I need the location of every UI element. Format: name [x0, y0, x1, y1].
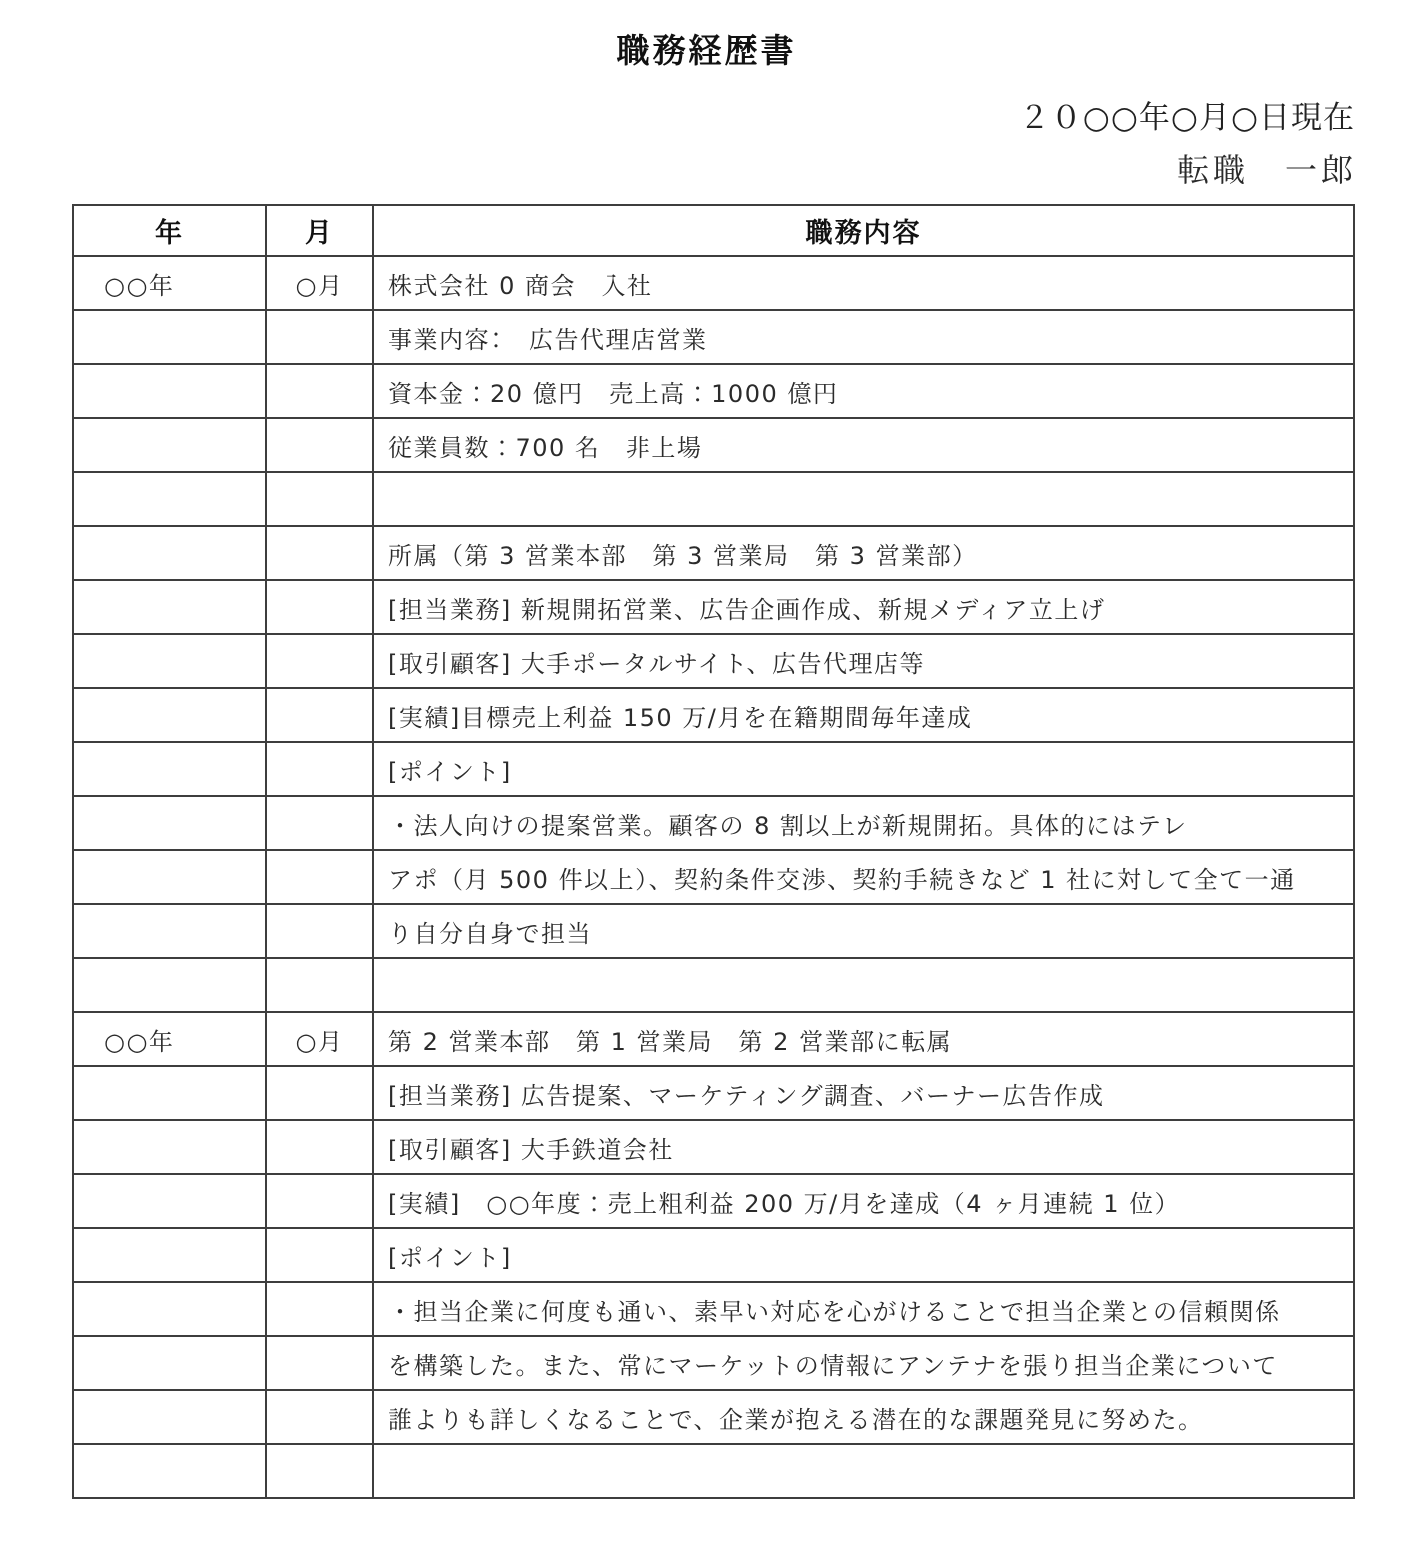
description-cell: 所属（第 3 営業本部 第 3 営業局 第 3 営業部） [373, 526, 1354, 580]
month-cell [266, 742, 373, 796]
month-cell [266, 1228, 373, 1282]
table-row: ・担当企業に何度も通い、素早い対応を心がけることで担当企業との信頼関係 [73, 1282, 1354, 1336]
table-row: 従業員数：700 名 非上場 [73, 418, 1354, 472]
year-cell [73, 364, 266, 418]
description-cell: [実績]目標売上利益 150 万/月を在籍期間毎年達成 [373, 688, 1354, 742]
table-row: 誰よりも詳しくなることで、企業が抱える潜在的な課題発見に努めた。 [73, 1390, 1354, 1444]
description-cell: 株式会社 0 商会 入社 [373, 256, 1354, 310]
description-cell: [実績] ○○年度：売上粗利益 200 万/月を達成（4 ヶ月連続 1 位） [373, 1174, 1354, 1228]
table-row: [ポイント] [73, 742, 1354, 796]
month-cell [266, 1282, 373, 1336]
table-row: [実績] ○○年度：売上粗利益 200 万/月を達成（4 ヶ月連続 1 位） [73, 1174, 1354, 1228]
year-cell [73, 742, 266, 796]
year-cell [73, 958, 266, 1012]
year-cell [73, 418, 266, 472]
year-cell [73, 1066, 266, 1120]
applicant-name: 転職 一郎 [0, 145, 1357, 191]
table-header: 年 月 職務内容 [73, 205, 1354, 256]
description-cell: 従業員数：700 名 非上場 [373, 418, 1354, 472]
table-row: ○○年○月第 2 営業本部 第 1 営業局 第 2 営業部に転属 [73, 1012, 1354, 1066]
month-cell: ○月 [266, 256, 373, 310]
date-line: ２０○○年○月○日現在 [0, 92, 1355, 137]
year-cell: ○○年 [73, 256, 266, 310]
year-cell [73, 1444, 266, 1498]
month-cell [266, 1120, 373, 1174]
month-cell [266, 310, 373, 364]
career-history-table: 年 月 職務内容 ○○年○月株式会社 0 商会 入社事業内容： 広告代理店営業資… [72, 204, 1355, 1499]
description-cell: [担当業務] 新規開拓営業、広告企画作成、新規メディア立上げ [373, 580, 1354, 634]
month-cell [266, 1390, 373, 1444]
month-cell [266, 1336, 373, 1390]
year-cell [73, 310, 266, 364]
description-cell: 資本金：20 億円 売上高：1000 億円 [373, 364, 1354, 418]
year-cell [73, 1174, 266, 1228]
table-row: [ポイント] [73, 1228, 1354, 1282]
table-row [73, 472, 1354, 526]
month-cell [266, 688, 373, 742]
description-cell: [取引顧客] 大手ポータルサイト、広告代理店等 [373, 634, 1354, 688]
month-cell [266, 418, 373, 472]
month-cell [266, 1066, 373, 1120]
table-row: [担当業務] 新規開拓営業、広告企画作成、新規メディア立上げ [73, 580, 1354, 634]
table-row: 事業内容： 広告代理店営業 [73, 310, 1354, 364]
year-cell [73, 1282, 266, 1336]
header-description: 職務内容 [373, 205, 1354, 256]
description-cell [373, 958, 1354, 1012]
table-row: ○○年○月株式会社 0 商会 入社 [73, 256, 1354, 310]
description-cell [373, 472, 1354, 526]
year-cell [73, 526, 266, 580]
year-cell [73, 1336, 266, 1390]
year-cell [73, 904, 266, 958]
table-row: を構築した。また、常にマーケットの情報にアンテナを張り担当企業について [73, 1336, 1354, 1390]
month-cell [266, 958, 373, 1012]
table-body: ○○年○月株式会社 0 商会 入社事業内容： 広告代理店営業資本金：20 億円 … [73, 256, 1354, 1498]
table-row: [取引顧客] 大手鉄道会社 [73, 1120, 1354, 1174]
description-cell: [ポイント] [373, 1228, 1354, 1282]
page-title: 職務経歴書 [0, 25, 1413, 72]
month-cell [266, 634, 373, 688]
description-cell: り自分自身で担当 [373, 904, 1354, 958]
description-cell [373, 1444, 1354, 1498]
description-cell: ・法人向けの提案営業。顧客の 8 割以上が新規開拓。具体的にはテレ [373, 796, 1354, 850]
description-cell: [担当業務] 広告提案、マーケティング調査、バーナー広告作成 [373, 1066, 1354, 1120]
resume-page: 職務経歴書 ２０○○年○月○日現在 転職 一郎 年 月 職務内容 ○○年○月株式… [0, 0, 1413, 1563]
header-year: 年 [73, 205, 266, 256]
description-cell: 事業内容： 広告代理店営業 [373, 310, 1354, 364]
table-row: [取引顧客] 大手ポータルサイト、広告代理店等 [73, 634, 1354, 688]
year-cell [73, 472, 266, 526]
year-cell [73, 1390, 266, 1444]
description-cell: 第 2 営業本部 第 1 営業局 第 2 営業部に転属 [373, 1012, 1354, 1066]
table-row: [実績]目標売上利益 150 万/月を在籍期間毎年達成 [73, 688, 1354, 742]
month-cell [266, 796, 373, 850]
description-cell: ・担当企業に何度も通い、素早い対応を心がけることで担当企業との信頼関係 [373, 1282, 1354, 1336]
description-cell: 誰よりも詳しくなることで、企業が抱える潜在的な課題発見に努めた。 [373, 1390, 1354, 1444]
table-row: り自分自身で担当 [73, 904, 1354, 958]
month-cell [266, 1174, 373, 1228]
table-row: ・法人向けの提案営業。顧客の 8 割以上が新規開拓。具体的にはテレ [73, 796, 1354, 850]
table-row [73, 1444, 1354, 1498]
table-row: 資本金：20 億円 売上高：1000 億円 [73, 364, 1354, 418]
description-cell: アポ（月 500 件以上）、契約条件交渉、契約手続きなど 1 社に対して全て一通 [373, 850, 1354, 904]
table-row: [担当業務] 広告提案、マーケティング調査、バーナー広告作成 [73, 1066, 1354, 1120]
month-cell [266, 904, 373, 958]
month-cell [266, 850, 373, 904]
year-cell [73, 796, 266, 850]
description-cell: [取引顧客] 大手鉄道会社 [373, 1120, 1354, 1174]
year-cell [73, 634, 266, 688]
year-cell: ○○年 [73, 1012, 266, 1066]
year-cell [73, 688, 266, 742]
year-cell [73, 850, 266, 904]
month-cell [266, 472, 373, 526]
description-cell: [ポイント] [373, 742, 1354, 796]
description-cell: を構築した。また、常にマーケットの情報にアンテナを張り担当企業について [373, 1336, 1354, 1390]
header-row: 年 月 職務内容 [73, 205, 1354, 256]
month-cell [266, 1444, 373, 1498]
header-month: 月 [266, 205, 373, 256]
year-cell [73, 1120, 266, 1174]
year-cell [73, 580, 266, 634]
month-cell [266, 364, 373, 418]
year-cell [73, 1228, 266, 1282]
table-row [73, 958, 1354, 1012]
month-cell [266, 526, 373, 580]
table-row: 所属（第 3 営業本部 第 3 営業局 第 3 営業部） [73, 526, 1354, 580]
table-row: アポ（月 500 件以上）、契約条件交渉、契約手続きなど 1 社に対して全て一通 [73, 850, 1354, 904]
month-cell [266, 580, 373, 634]
month-cell: ○月 [266, 1012, 373, 1066]
